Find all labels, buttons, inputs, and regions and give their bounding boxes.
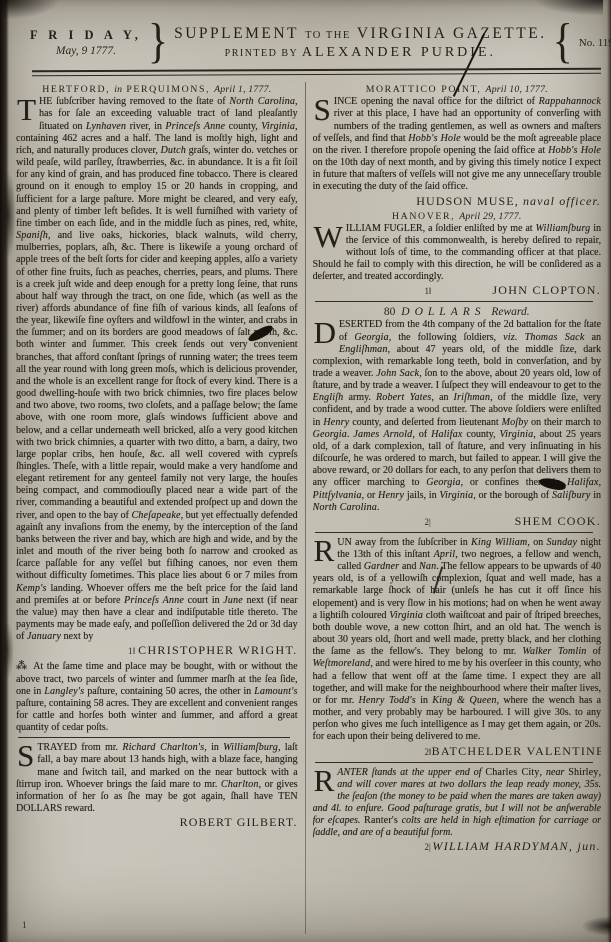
- printed-by-label: PRINTED BY: [225, 48, 298, 59]
- reward-heading: 80 DOLLARS Reward.: [313, 306, 601, 318]
- article-fugler-body: WILLIAM FUGLER, a ſoldier enliſted by me…: [313, 223, 601, 284]
- article-dateline: HERTFORD, in PERQUIMONS, April 1, 1777.: [16, 84, 298, 95]
- article-text: At the ſame time and place may be bought…: [16, 661, 298, 733]
- title-gazette: VIRGINIA GAZETTE.: [357, 25, 547, 42]
- article-naval-body: SINCE opening the naval office for the d…: [313, 96, 601, 193]
- signature-name: ROBERT GILBERT.: [16, 815, 298, 830]
- signature-name: SHEM COOK.: [431, 514, 601, 529]
- drop-cap: T: [16, 96, 39, 122]
- printer-line: PRINTED BY ALEXANDER PURDIE.: [174, 44, 547, 62]
- signature-row: 2| SHEM COOK.: [313, 514, 601, 529]
- column-layout: HERTFORD, in PERQUIMONS, April 1, 1777. …: [0, 75, 611, 934]
- article-runaway-body: RUN away from the ſubſcriber in King Wil…: [313, 537, 601, 744]
- paper-title: SUPPLEMENT TO THE VIRGINIA GAZETTE.: [174, 24, 547, 44]
- compositor-mark: 2‖: [425, 747, 432, 757]
- article-text: UN away from the ſubſcriber in King Will…: [313, 537, 601, 743]
- compositor-mark: 1‖: [128, 646, 135, 656]
- section-rule: [18, 737, 290, 738]
- drop-cap: S: [313, 96, 334, 122]
- drop-cap: R: [313, 767, 338, 793]
- column-divider: [305, 82, 306, 934]
- compositor-mark: 1: [22, 920, 27, 930]
- article-hertford-body: THE ſubſcriber having removed to the ſta…: [16, 96, 298, 643]
- article-text: ESERTED from the 4th company of the 2d b…: [313, 319, 601, 512]
- article-dateline: HANOVER, April 29, 1777.: [313, 211, 601, 222]
- drop-cap: R: [313, 537, 338, 563]
- drop-cap: D: [313, 319, 339, 345]
- masthead: F R I D A Y, May, 9 1777. } SUPPLEMENT T…: [0, 0, 611, 66]
- printer-name: ALEXANDER PURDIE.: [302, 45, 496, 60]
- article-text: INCE opening the naval office for the di…: [313, 96, 601, 192]
- right-column: MORATTICO POINT, April 10, 1777. SINCE o…: [313, 82, 601, 934]
- compositor-mark: 1‖: [425, 286, 432, 296]
- signature-row: HUDSON MUSE, naval officer.: [313, 194, 601, 209]
- reward-word: DOLLARS: [398, 306, 488, 318]
- article-text: TRAYED from mr. Richard Charlton's, in W…: [16, 742, 298, 814]
- masthead-date: May, 9 1777.: [30, 44, 142, 58]
- issue-block: { No. 119: [547, 26, 611, 60]
- asterism-glyph: ⁂: [16, 660, 33, 672]
- article-ranter-body: RANTER ſtands at the upper end of Charle…: [313, 767, 601, 840]
- signature-row: 1‖ JOHN CLOPTON.: [313, 283, 601, 298]
- section-rule: [315, 532, 593, 533]
- article-text: HE ſubſcriber having removed to the ſtat…: [16, 96, 298, 642]
- signature-name: JOHN CLOPTON.: [432, 283, 601, 298]
- masthead-date-block: F R I D A Y, May, 9 1777.: [30, 28, 142, 58]
- masthead-day: F R I D A Y,: [30, 28, 142, 44]
- article-deserted-body: DESERTED from the 4th company of the 2d …: [313, 319, 601, 514]
- article-text: ANTER ſtands at the upper end of Charles…: [313, 767, 601, 839]
- reward-tail: Reward.: [491, 306, 529, 318]
- title-to-the: TO THE: [305, 30, 351, 41]
- article-text: ILLIAM FUGLER, a ſoldier enliſted by me …: [313, 223, 601, 283]
- masthead-title-block: SUPPLEMENT TO THE VIRGINIA GAZETTE. PRIN…: [174, 24, 547, 62]
- signature-row: 1‖ CHRISTOPHER WRIGHT.: [16, 643, 298, 658]
- signature-name: BATCHELDER VALENTINE.: [432, 744, 601, 759]
- left-column: HERTFORD, in PERQUIMONS, April 1, 1777. …: [16, 82, 298, 934]
- signature-row: ROBERT GILBERT.: [16, 815, 298, 830]
- signature-row: 2| WILLIAM HARDYMAN, jun.: [313, 839, 601, 854]
- article-hertford-postscript: ⁂At the ſame time and place may be bough…: [16, 660, 298, 734]
- drop-cap: S: [16, 742, 37, 768]
- issue-number: No. 119: [579, 37, 611, 49]
- drop-cap: W: [313, 223, 346, 249]
- article-dateline: MORATTICO POINT, April 10, 1777.: [313, 84, 601, 95]
- signature-name: WILLIAM HARDYMAN, jun.: [431, 839, 601, 854]
- brace-glyph: {: [547, 24, 579, 63]
- article-strayed-body: STRAYED from mr. Richard Charlton's, in …: [16, 742, 298, 815]
- signature-row: 2‖ BATCHELDER VALENTINE.: [313, 744, 601, 759]
- signature-name: HUDSON MUSE, naval officer.: [313, 194, 601, 209]
- title-supplement: SUPPLEMENT: [174, 25, 299, 42]
- reward-amount: 80: [384, 306, 396, 318]
- section-rule: [315, 301, 593, 302]
- signature-name: CHRISTOPHER WRIGHT.: [135, 643, 298, 658]
- newspaper-page: F R I D A Y, May, 9 1777. } SUPPLEMENT T…: [0, 0, 611, 942]
- section-rule: [315, 762, 593, 763]
- brace-glyph: }: [142, 24, 174, 63]
